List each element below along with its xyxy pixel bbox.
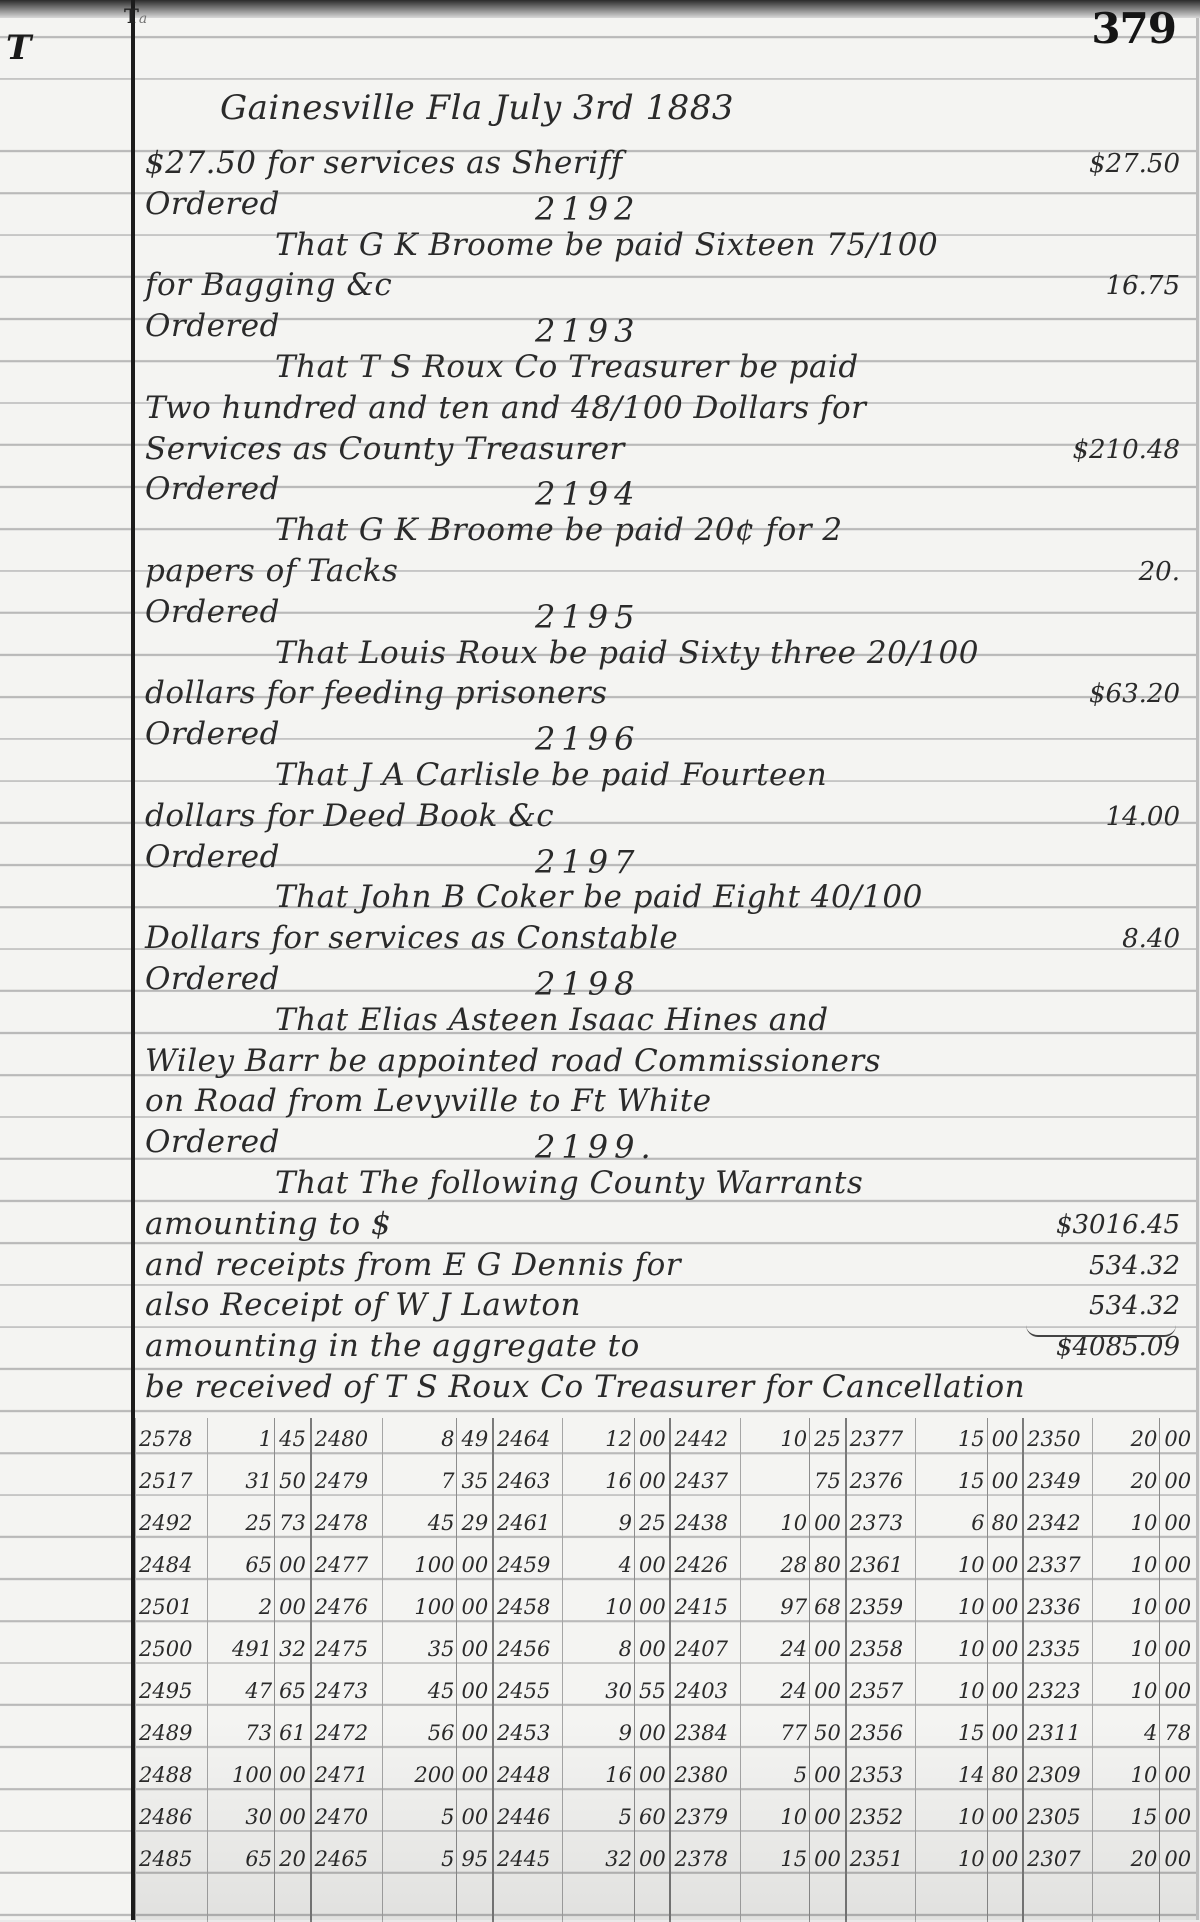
warrant-cents: 00: [987, 1544, 1023, 1586]
warrant-cents: 00: [635, 1460, 671, 1502]
warrant-cents: 00: [275, 1586, 311, 1628]
warrant-dollars: 10: [1093, 1754, 1160, 1796]
warrant-cents: 00: [635, 1754, 671, 1796]
warrant-number: 2473: [311, 1670, 383, 1712]
warrant-dollars: 30: [207, 1796, 274, 1838]
warrant-dollars: 24: [740, 1628, 810, 1670]
entry-text: amounting in the aggregate to: [145, 1328, 640, 1364]
warrant-cents: 00: [1160, 1754, 1196, 1796]
warrant-row: 2501200247610000245810002415976823591000…: [136, 1586, 1197, 1628]
entry-text: Wiley Barr be appointed road Commissione…: [145, 1043, 881, 1079]
entry-text: papers of Tacks: [145, 553, 398, 589]
warrant-number: 2461: [493, 1502, 563, 1544]
warrant-dollars: 4: [1093, 1712, 1160, 1754]
warrant-dollars: 2: [207, 1586, 274, 1628]
warrant-number: 2379: [670, 1796, 740, 1838]
warrant-number: 2485: [136, 1838, 208, 1880]
warrant-dollars: 10: [915, 1796, 987, 1838]
warrant-cents: 00: [810, 1628, 846, 1670]
warrant-cents: 80: [987, 1754, 1023, 1796]
warrant-cents: 00: [1160, 1670, 1196, 1712]
ordered-label: Ordered: [145, 839, 280, 875]
order-number: 2198: [535, 965, 640, 1003]
warrant-dollars: 32: [563, 1838, 635, 1880]
warrant-dollars: 7: [383, 1460, 457, 1502]
warrant-number: [136, 1880, 208, 1920]
warrant-number: 2476: [311, 1586, 383, 1628]
warrant-dollars: 20: [1093, 1460, 1160, 1502]
warrant-cents: 60: [635, 1796, 671, 1838]
warrant-cents: 00: [275, 1754, 311, 1796]
warrant-dollars: 65: [207, 1838, 274, 1880]
warrant-dollars: 10: [1093, 1670, 1160, 1712]
warrant-dollars: 9: [563, 1712, 635, 1754]
warrant-cents: 25: [810, 1418, 846, 1460]
warrant-cents: 80: [810, 1544, 846, 1586]
warrant-dollars: [740, 1880, 810, 1920]
warrant-row: 2500491322475350024568002407240023581000…: [136, 1628, 1197, 1670]
warrant-dollars: 10: [1093, 1544, 1160, 1586]
entry-amount: $27.50: [1089, 149, 1180, 179]
warrant-cents: 00: [1160, 1796, 1196, 1838]
warrant-dollars: 15: [740, 1838, 810, 1880]
warrant-cents: [810, 1880, 846, 1920]
order-number: 2192: [535, 190, 640, 228]
warrant-cents: 00: [635, 1544, 671, 1586]
warrant-number: 2478: [311, 1502, 383, 1544]
warrant-number: 2458: [493, 1586, 563, 1628]
warrant-cents: 00: [457, 1628, 493, 1670]
entry-text: That Elias Asteen Isaac Hines and: [275, 1002, 829, 1038]
warrant-dollars: 200: [383, 1754, 457, 1796]
warrant-cents: 00: [457, 1796, 493, 1838]
warrant-cents: 49: [457, 1418, 493, 1460]
order-number: 2195: [535, 598, 640, 636]
warrant-number: 2438: [670, 1502, 740, 1544]
warrant-number: 2380: [670, 1754, 740, 1796]
warrant-number: 2336: [1023, 1586, 1093, 1628]
ordered-label: Ordered: [145, 308, 280, 344]
warrant-number: 2350: [1023, 1418, 1093, 1460]
warrant-number: 2445: [493, 1838, 563, 1880]
entry-text: That G K Broome be paid 20¢ for 2: [275, 512, 843, 548]
warrant-cents: 00: [275, 1796, 311, 1838]
warrant-dollars: 8: [383, 1418, 457, 1460]
warrant-cents: 95: [457, 1838, 493, 1880]
warrant-row: 2485652024655952445320023781500235110002…: [136, 1838, 1197, 1880]
warrant-cents: 45: [275, 1418, 311, 1460]
warrant-number: 2442: [670, 1418, 740, 1460]
warrant-cents: 00: [635, 1628, 671, 1670]
margin-heading-suffix: a: [139, 11, 147, 27]
warrant-dollars: 45: [383, 1502, 457, 1544]
warrant-number: 2475: [311, 1628, 383, 1670]
scan-top-edge: [0, 0, 1200, 18]
warrant-cents: 73: [275, 1502, 311, 1544]
warrant-cents: 00: [1160, 1586, 1196, 1628]
warrant-number: 2309: [1023, 1754, 1093, 1796]
warrant-dollars: 12: [563, 1418, 635, 1460]
order-number: 2194: [535, 475, 640, 513]
warrant-cents: 50: [275, 1460, 311, 1502]
warrant-dollars: 73: [207, 1712, 274, 1754]
entry-text: That G K Broome be paid Sixteen 75/100: [275, 227, 938, 263]
warrant-number: 2455: [493, 1670, 563, 1712]
warrant-dollars: 15: [915, 1460, 987, 1502]
warrant-number: 2349: [1023, 1460, 1093, 1502]
warrant-cents: 00: [987, 1586, 1023, 1628]
warrant-dollars: 20: [1093, 1418, 1160, 1460]
warrant-cents: 35: [457, 1460, 493, 1502]
entry-text: be received of T S Roux Co Treasurer for…: [145, 1369, 1025, 1405]
warrant-cents: 00: [635, 1712, 671, 1754]
ordered-label: Ordered: [145, 186, 280, 222]
warrant-number: 2357: [846, 1670, 916, 1712]
warrant-dollars: 24: [740, 1670, 810, 1712]
warrant-number: 2358: [846, 1628, 916, 1670]
warrant-dollars: [740, 1460, 810, 1502]
warrant-number: 2486: [136, 1796, 208, 1838]
warrant-dollars: 100: [207, 1754, 274, 1796]
warrant-dollars: [1093, 1880, 1160, 1920]
warrant-number: 2437: [670, 1460, 740, 1502]
warrant-row: 2517315024797352463160024377523761500234…: [136, 1460, 1197, 1502]
warrant-row: 2489736124725600245390023847750235615002…: [136, 1712, 1197, 1754]
warrant-number: 2352: [846, 1796, 916, 1838]
warrant-dollars: 10: [915, 1670, 987, 1712]
entry-amount: $3016.45: [1056, 1210, 1180, 1240]
warrant-dollars: 10: [915, 1586, 987, 1628]
warrant-dollars: 100: [383, 1586, 457, 1628]
warrant-dollars: 10: [1093, 1628, 1160, 1670]
warrant-cents: 00: [635, 1586, 671, 1628]
warrant-cents: 00: [635, 1838, 671, 1880]
warrant-cents: 20: [275, 1838, 311, 1880]
warrant-number: 2373: [846, 1502, 916, 1544]
warrant-number: 2470: [311, 1796, 383, 1838]
warrant-number: 2488: [136, 1754, 208, 1796]
warrant-cents: 00: [987, 1796, 1023, 1838]
warrant-number: 2351: [846, 1838, 916, 1880]
warrant-cents: 00: [1160, 1502, 1196, 1544]
warrant-cents: 00: [457, 1712, 493, 1754]
warrant-cents: 00: [810, 1838, 846, 1880]
entry-amount: $63.20: [1089, 679, 1180, 709]
warrant-dollars: 10: [1093, 1586, 1160, 1628]
warrant-dollars: 5: [383, 1838, 457, 1880]
entry-text: dollars for feeding prisoners: [145, 675, 608, 711]
warrant-number: 2448: [493, 1754, 563, 1796]
warrant-number: 2453: [493, 1712, 563, 1754]
ordered-label: Ordered: [145, 961, 280, 997]
warrant-cents: [457, 1880, 493, 1920]
warrant-cents: 65: [275, 1670, 311, 1712]
warrant-number: 2472: [311, 1712, 383, 1754]
warrant-number: 2517: [136, 1460, 208, 1502]
warrant-row: [136, 1880, 1197, 1920]
warrant-dollars: 10: [915, 1544, 987, 1586]
entry-amount: 534.32: [1089, 1291, 1180, 1321]
entry-text: and receipts from E G Dennis for: [145, 1247, 681, 1283]
warrant-dollars: [915, 1880, 987, 1920]
warrant-number: 2415: [670, 1586, 740, 1628]
warrant-cents: 00: [635, 1418, 671, 1460]
warrant-number: 2403: [670, 1670, 740, 1712]
warrant-cents: [275, 1880, 311, 1920]
ordered-label: Ordered: [145, 471, 280, 507]
warrant-dollars: 56: [383, 1712, 457, 1754]
warrant-dollars: 15: [1093, 1796, 1160, 1838]
entry-amount: 14.00: [1106, 802, 1180, 832]
warrant-number: [311, 1880, 383, 1920]
warrant-number: 2426: [670, 1544, 740, 1586]
ledger-page: T Ta 379 Gainesville Fla July 3rd 1883 $…: [0, 0, 1199, 1920]
warrant-dollars: 30: [563, 1670, 635, 1712]
warrant-number: 2464: [493, 1418, 563, 1460]
warrant-dollars: [383, 1880, 457, 1920]
place-date-heading: Gainesville Fla July 3rd 1883: [220, 88, 734, 128]
warrant-cents: 61: [275, 1712, 311, 1754]
order-number: 2199.: [535, 1128, 657, 1166]
entry-text: That J A Carlisle be paid Fourteen: [275, 757, 827, 793]
ordered-label: Ordered: [145, 716, 280, 752]
warrant-row: 2492257324784529246192524381000237368023…: [136, 1502, 1197, 1544]
warrant-number: 2463: [493, 1460, 563, 1502]
warrant-number: 2407: [670, 1628, 740, 1670]
warrant-dollars: 9: [563, 1502, 635, 1544]
warrant-dollars: 20: [1093, 1838, 1160, 1880]
warrant-row: 2578145248084924641200244210252377150023…: [136, 1418, 1197, 1460]
warrant-number: [670, 1880, 740, 1920]
warrant-row: 2495476524734500245530552403240023571000…: [136, 1670, 1197, 1712]
warrant-dollars: 16: [563, 1754, 635, 1796]
warrant-cents: 75: [810, 1460, 846, 1502]
warrant-dollars: 1: [207, 1418, 274, 1460]
warrant-cents: 00: [457, 1544, 493, 1586]
warrant-dollars: 47: [207, 1670, 274, 1712]
warrant-cents: 50: [810, 1712, 846, 1754]
warrant-dollars: 28: [740, 1544, 810, 1586]
index-letter: T: [6, 28, 31, 68]
warrant-number: 2578: [136, 1418, 208, 1460]
order-number: 2196: [535, 720, 640, 758]
warrant-number: 2305: [1023, 1796, 1093, 1838]
entry-text: also Receipt of W J Lawton: [145, 1287, 581, 1323]
warrant-dollars: 10: [1093, 1502, 1160, 1544]
warrant-cents: 55: [635, 1670, 671, 1712]
warrant-number: [493, 1880, 563, 1920]
warrant-cents: 25: [635, 1502, 671, 1544]
warrant-number: 2307: [1023, 1838, 1093, 1880]
warrant-dollars: 6: [915, 1502, 987, 1544]
warrant-cents: 00: [1160, 1418, 1196, 1460]
order-number: 2193: [535, 312, 640, 350]
warrant-dollars: 10: [563, 1586, 635, 1628]
warrant-cents: [1160, 1880, 1196, 1920]
warrant-number: [846, 1880, 916, 1920]
warrant-number: [1023, 1880, 1093, 1920]
warrants-table: 2578145248084924641200244210252377150023…: [135, 1418, 1196, 1920]
warrant-number: 2480: [311, 1418, 383, 1460]
warrant-dollars: 8: [563, 1628, 635, 1670]
warrant-cents: 00: [987, 1460, 1023, 1502]
warrant-cents: 32: [275, 1628, 311, 1670]
entry-amount: 16.75: [1106, 271, 1180, 301]
warrant-number: 2465: [311, 1838, 383, 1880]
entry-text: $27.50 for services as Sheriff: [145, 145, 623, 181]
warrant-dollars: 10: [915, 1838, 987, 1880]
sum-underline: [1026, 1325, 1176, 1337]
entry-amount: 8.40: [1122, 924, 1180, 954]
warrant-number: 2378: [670, 1838, 740, 1880]
warrant-cents: 00: [987, 1670, 1023, 1712]
warrant-number: 2311: [1023, 1712, 1093, 1754]
warrant-dollars: [563, 1880, 635, 1920]
warrant-cents: 00: [810, 1670, 846, 1712]
warrant-number: 2377: [846, 1418, 916, 1460]
warrant-dollars: 5: [563, 1796, 635, 1838]
entry-text: That The following County Warrants: [275, 1165, 863, 1201]
entry-amount: 20.: [1139, 557, 1180, 587]
entry-text: That T S Roux Co Treasurer be paid: [275, 349, 859, 385]
warrant-number: 2337: [1023, 1544, 1093, 1586]
warrant-cents: 68: [810, 1586, 846, 1628]
warrant-cents: 29: [457, 1502, 493, 1544]
warrant-number: 2446: [493, 1796, 563, 1838]
warrant-number: 2500: [136, 1628, 208, 1670]
warrant-dollars: 45: [383, 1670, 457, 1712]
warrant-dollars: 15: [915, 1712, 987, 1754]
warrant-dollars: 35: [383, 1628, 457, 1670]
warrant-number: 2477: [311, 1544, 383, 1586]
warrant-cents: 00: [987, 1838, 1023, 1880]
warrant-cents: [635, 1880, 671, 1920]
warrant-dollars: 65: [207, 1544, 274, 1586]
entry-text: That Louis Roux be paid Sixty three 20/1…: [275, 635, 979, 671]
warrant-cents: 00: [810, 1754, 846, 1796]
warrant-cents: 00: [457, 1670, 493, 1712]
warrant-cents: 00: [457, 1754, 493, 1796]
warrant-dollars: 15: [915, 1418, 987, 1460]
entry-text: on Road from Levyville to Ft White: [145, 1083, 712, 1119]
warrant-number: 2495: [136, 1670, 208, 1712]
warrant-number: 2489: [136, 1712, 208, 1754]
warrant-dollars: 10: [740, 1796, 810, 1838]
warrant-row: 2484650024771000024594002426288023611000…: [136, 1544, 1197, 1586]
entry-amount: $210.48: [1072, 435, 1180, 465]
warrant-dollars: [207, 1880, 274, 1920]
warrant-dollars: 77: [740, 1712, 810, 1754]
warrant-dollars: 5: [383, 1796, 457, 1838]
warrant-dollars: 100: [383, 1544, 457, 1586]
warrant-number: 2353: [846, 1754, 916, 1796]
warrant-number: 2492: [136, 1502, 208, 1544]
warrant-number: 2376: [846, 1460, 916, 1502]
warrant-number: 2456: [493, 1628, 563, 1670]
margin-heading-letter: T: [124, 4, 139, 28]
margin-heading: Ta: [124, 4, 147, 28]
warrant-cents: [987, 1880, 1023, 1920]
warrant-dollars: 491: [207, 1628, 274, 1670]
warrant-cents: 00: [987, 1712, 1023, 1754]
entry-amount: 534.32: [1089, 1251, 1180, 1281]
warrant-number: 2356: [846, 1712, 916, 1754]
warrant-dollars: 14: [915, 1754, 987, 1796]
entry-text: dollars for Deed Book &c: [145, 798, 554, 834]
warrant-cents: 00: [810, 1502, 846, 1544]
entry-text: Dollars for services as Constable: [145, 920, 678, 956]
warrant-number: 2323: [1023, 1670, 1093, 1712]
entry-text: amounting to $: [145, 1206, 391, 1242]
warrant-number: 2359: [846, 1586, 916, 1628]
warrant-cents: 00: [1160, 1460, 1196, 1502]
warrant-number: 2501: [136, 1586, 208, 1628]
ordered-label: Ordered: [145, 594, 280, 630]
entry-text: Two hundred and ten and 48/100 Dollars f…: [145, 390, 866, 426]
warrant-dollars: 31: [207, 1460, 274, 1502]
entry-text: for Bagging &c: [145, 267, 392, 303]
ordered-label: Ordered: [145, 1124, 280, 1160]
warrant-number: 2361: [846, 1544, 916, 1586]
warrant-cents: 00: [1160, 1628, 1196, 1670]
warrant-dollars: 10: [740, 1418, 810, 1460]
warrant-dollars: 16: [563, 1460, 635, 1502]
warrant-cents: 00: [1160, 1838, 1196, 1880]
warrant-dollars: 97: [740, 1586, 810, 1628]
warrant-dollars: 25: [207, 1502, 274, 1544]
entry-text: That John B Coker be paid Eight 40/100: [275, 879, 923, 915]
warrant-number: 2342: [1023, 1502, 1093, 1544]
warrant-cents: 00: [987, 1418, 1023, 1460]
warrant-cents: 00: [457, 1586, 493, 1628]
order-number: 2197: [535, 843, 640, 881]
warrant-row: 2486300024705002446560237910002352100023…: [136, 1796, 1197, 1838]
warrant-cents: 00: [987, 1628, 1023, 1670]
warrant-cents: 00: [1160, 1544, 1196, 1586]
warrant-dollars: 10: [740, 1502, 810, 1544]
warrant-dollars: 10: [915, 1628, 987, 1670]
warrant-number: 2335: [1023, 1628, 1093, 1670]
warrant-number: 2384: [670, 1712, 740, 1754]
warrant-number: 2479: [311, 1460, 383, 1502]
warrant-cents: 80: [987, 1502, 1023, 1544]
entry-text: Services as County Treasurer: [145, 431, 625, 467]
warrant-number: 2471: [311, 1754, 383, 1796]
warrant-dollars: 5: [740, 1754, 810, 1796]
warrant-cents: 78: [1160, 1712, 1196, 1754]
page-number: 379: [1091, 4, 1176, 53]
warrant-row: 2488100002471200002448160023805002353148…: [136, 1754, 1197, 1796]
warrant-cents: 00: [275, 1544, 311, 1586]
warrant-cents: 00: [810, 1796, 846, 1838]
warrant-dollars: 4: [563, 1544, 635, 1586]
warrant-number: 2459: [493, 1544, 563, 1586]
warrant-number: 2484: [136, 1544, 208, 1586]
